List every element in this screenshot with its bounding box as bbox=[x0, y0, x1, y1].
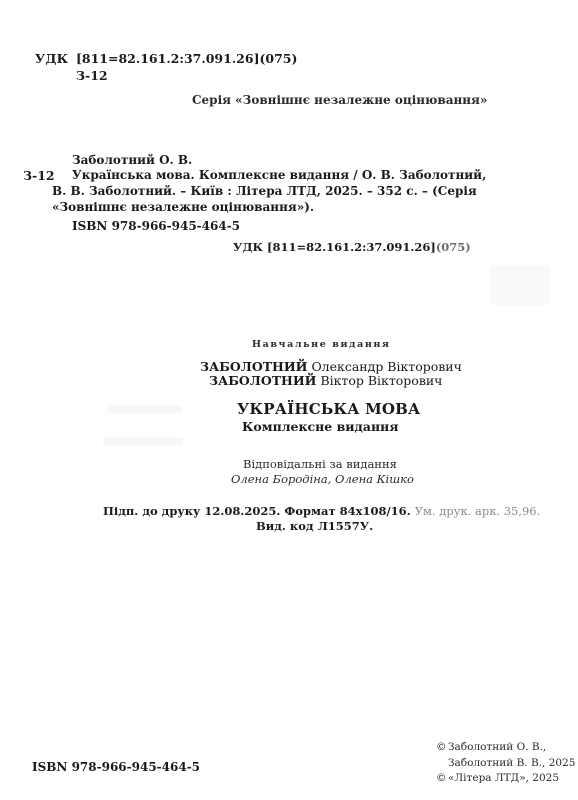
catalog-line-2: В. В. Заболотний. – Київ : Літера ЛТД, 2… bbox=[52, 184, 477, 198]
print-info-main: Підп. до друку 12.08.2025. Формат 84x108… bbox=[103, 504, 415, 518]
catalog-author-heading: Заболотний О. В. bbox=[72, 153, 192, 167]
author-given-names: Олександр Вікторович bbox=[311, 359, 461, 374]
print-info: Підп. до друку 12.08.2025. Формат 84x108… bbox=[103, 504, 540, 518]
responsible-label: Відповідальні за видання bbox=[243, 457, 397, 471]
catalog-isbn: ISBN 978-966-945-464-5 bbox=[72, 219, 240, 233]
author-full-name: ЗАБОЛОТНИЙ Віктор Вікторович bbox=[209, 373, 442, 388]
catalog-udk-main: УДК [811=82.161.2:37.091.26] bbox=[233, 240, 436, 254]
udk-label: УДК bbox=[35, 51, 68, 66]
catalog-udk-tail: (075) bbox=[436, 240, 471, 254]
book-subtitle: Комплексне видання bbox=[242, 419, 399, 434]
copyright-text: Заболотний О. В., bbox=[448, 741, 546, 753]
catalog-line-3: «Зовнішнє незалежне оцінювання»). bbox=[52, 200, 314, 214]
copyright-line: ©«Літера ЛТД», 2025 bbox=[436, 772, 559, 784]
catalog-line-1: Українська мова. Комплексне видання / О.… bbox=[72, 168, 486, 182]
scan-artifact bbox=[103, 437, 183, 445]
copyright-text: «Літера ЛТД», 2025 bbox=[448, 772, 559, 784]
author-given-names: Віктор Вікторович bbox=[320, 373, 442, 388]
copyright-line: Заболотний В. В., 2025 bbox=[448, 757, 575, 769]
publication-code: Вид. код Л1557У. bbox=[256, 519, 373, 533]
book-title: УКРАЇНСЬКА МОВА bbox=[237, 400, 420, 418]
responsible-names: Олена Бородіна, Олена Кішко bbox=[231, 472, 414, 486]
edition-type: Навчальне видання bbox=[252, 339, 391, 350]
udk-code: [811=82.161.2:37.091.26](075) bbox=[76, 51, 297, 66]
author-surname: ЗАБОЛОТНИЙ bbox=[209, 373, 316, 388]
series-title: Серія «Зовнішнє незалежне оцінювання» bbox=[192, 93, 487, 107]
author-mark-code: З-12 bbox=[76, 68, 108, 83]
author-full-name: ЗАБОЛОТНИЙ Олександр Вікторович bbox=[200, 359, 462, 374]
copyright-icon: © bbox=[436, 741, 448, 753]
catalog-udk: УДК [811=82.161.2:37.091.26](075) bbox=[233, 240, 471, 254]
print-info-sheets: Ум. друк. арк. 35,96. bbox=[415, 504, 541, 518]
author-surname: ЗАБОЛОТНИЙ bbox=[200, 359, 307, 374]
copyright-text: Заболотний В. В., 2025 bbox=[448, 757, 575, 769]
scan-artifact bbox=[490, 265, 550, 305]
scan-artifact bbox=[107, 405, 182, 413]
copyright-line: ©Заболотний О. В., bbox=[436, 741, 546, 753]
footer-isbn: ISBN 978-966-945-464-5 bbox=[32, 760, 200, 774]
copyright-icon: © bbox=[436, 772, 448, 784]
catalog-author-mark: З-12 bbox=[23, 168, 55, 183]
